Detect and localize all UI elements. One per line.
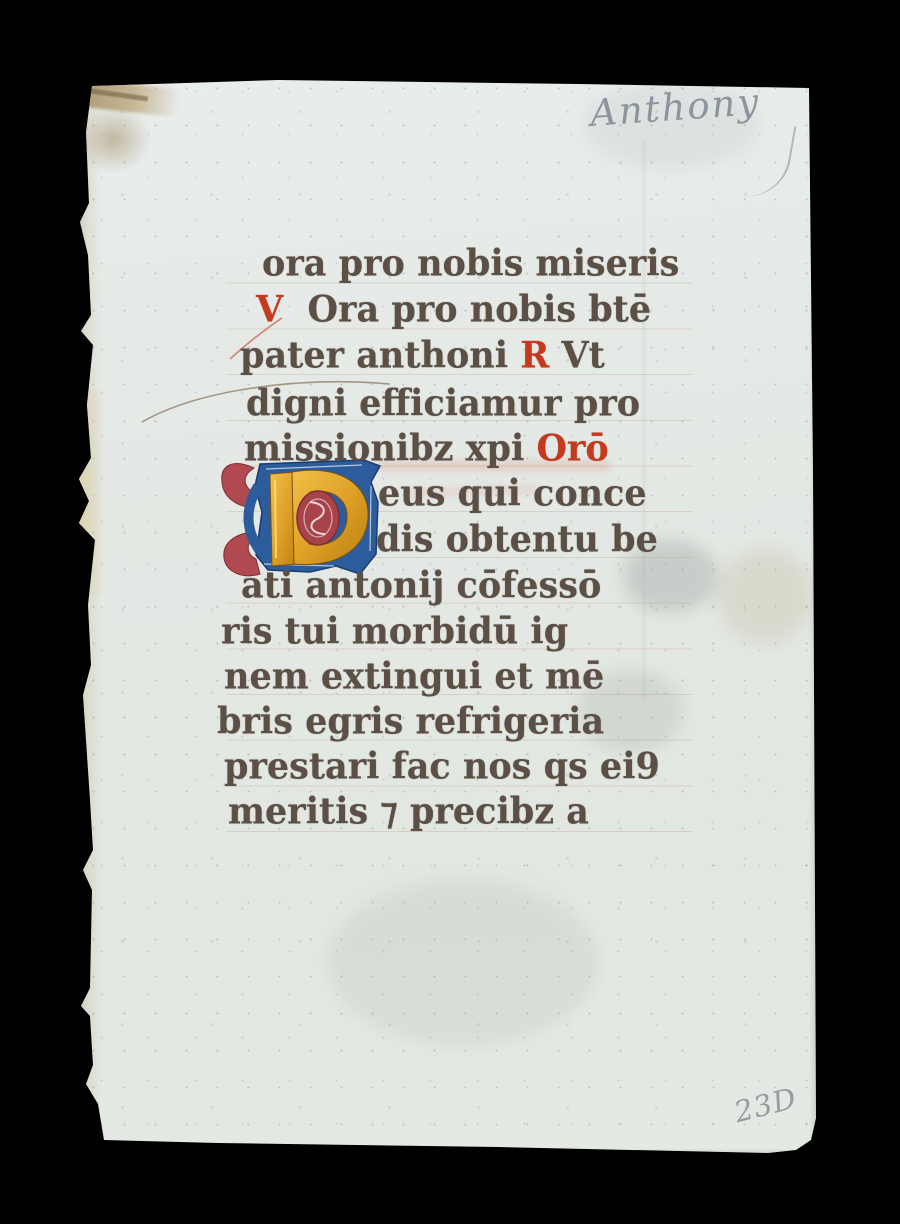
manuscript-line: V Ora pro nobis btē — [256, 288, 651, 331]
manuscript-line: meritis ⁊ precibz a — [228, 790, 589, 833]
stain — [718, 548, 813, 643]
ink-text: nem extingui et mē — [224, 655, 604, 698]
manuscript-line: ora pro nobis miseris — [262, 242, 679, 285]
ink-text: ris tui morbidū ig — [221, 610, 568, 653]
ink-text: Vt — [549, 334, 605, 377]
manuscript-line: ris tui morbidū ig — [221, 610, 568, 653]
manuscript-line: prestari fac nos qs ei9 — [224, 745, 660, 788]
manuscript-line: bris egris refrigeria — [217, 700, 604, 743]
manuscript-line: nem extingui et mē — [224, 655, 604, 698]
ink-text: meritis ⁊ precibz a — [228, 790, 589, 833]
manuscript-line: eus qui conce — [378, 472, 647, 515]
rubric-text: R — [520, 334, 549, 377]
ink-text: digni efficiamur pro — [246, 382, 640, 425]
ink-text: eus qui conce — [378, 472, 647, 515]
ink-text: ora pro nobis miseris — [262, 242, 679, 285]
pencil-shelfmark-number: 23D — [731, 1081, 801, 1129]
ink-text: Ora pro nobis btē — [283, 288, 651, 331]
ink-text: dis obtentu be — [376, 518, 658, 561]
ink-text: ati antonij cōfessō — [241, 564, 601, 607]
rubric-text: V — [256, 288, 283, 331]
ink-text: prestari fac nos qs ei9 — [224, 745, 660, 788]
manuscript-line: pater anthoni R Vt — [240, 334, 605, 377]
ink-text: missionibz xpi — [244, 427, 536, 470]
photo-background: ora pro nobis miserisV Ora pro nobis btē… — [0, 0, 900, 1224]
ink-text: pater anthoni — [240, 334, 520, 377]
manuscript-leaf: ora pro nobis miserisV Ora pro nobis btē… — [78, 70, 818, 1155]
binding-stub-remnant — [78, 390, 105, 595]
rubric-text: Orō — [536, 427, 608, 470]
manuscript-line: missionibz xpi Orō — [244, 427, 609, 470]
manuscript-line: digni efficiamur pro — [246, 382, 640, 425]
ink-text: bris egris refrigeria — [217, 700, 604, 743]
manuscript-line: dis obtentu be — [376, 518, 658, 561]
manuscript-line: ati antonij cōfessō — [241, 564, 601, 607]
stain — [328, 880, 598, 1045]
top-left-edge-stain — [74, 104, 152, 174]
